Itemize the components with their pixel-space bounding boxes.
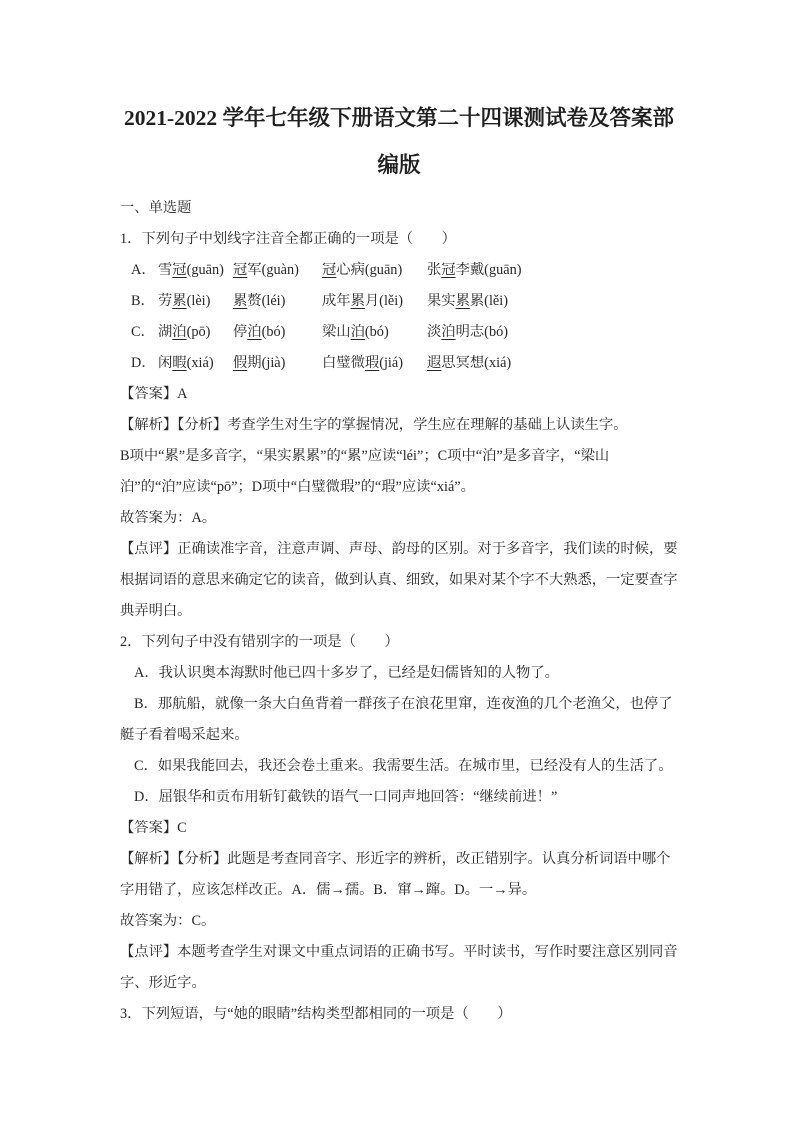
question-2-analysis: 【解析】【分析】此题是考查同音字、形近字的辨析，改正错别字。认真分析词语中哪个字… — [120, 844, 678, 906]
option-item: 假期(jià) — [233, 348, 322, 379]
option-item-text: 果实 — [427, 293, 456, 309]
option-item: 梁山泊(bó) — [322, 317, 427, 348]
title-line-2: 编版 — [120, 142, 678, 189]
question-2-stem: 2．下列句子中没有错别字的一项是（ ） — [120, 627, 678, 658]
option-item-text: 闲 — [158, 355, 172, 371]
option-item-text: 成年 — [322, 293, 351, 309]
option-item: 张冠李戴(guān) — [427, 255, 678, 286]
underlined-char: 冠 — [233, 262, 247, 278]
question-1-option-row-b: B． 劳累(lèi) 累赘(léi) 成年累月(lěi) 果实累累(lěi) — [131, 286, 678, 317]
section-heading: 一、单选题 — [120, 193, 678, 224]
underlined-char: 累 — [233, 293, 247, 309]
question-2-option-b: B．那航船，就像一条大白鱼背着一群孩子在浪花里窜，连夜渔的几个老渔父，也停了艇子… — [120, 689, 678, 751]
question-1-analysis-conclusion: 故答案为：A。 — [120, 503, 678, 534]
title-line-1: 2021-2022 学年七年级下册语文第二十四课测试卷及答案部 — [120, 95, 678, 142]
question-1-analysis: B项中“累”是多音字，“果实累累”的“累”应读“léi”；C项中“泊”是多音字，… — [120, 441, 678, 503]
option-item-text: (bó) — [365, 324, 389, 340]
option-label-a: A． — [131, 255, 158, 286]
option-label-d: D． — [131, 348, 158, 379]
option-item-text: 湖 — [158, 324, 172, 340]
question-2-option-c: C．如果我能回去，我还会卷土重来。我需要生活。在城市里，已经没有人的生活了。 — [120, 751, 678, 782]
option-item-text: (bó) — [262, 324, 286, 340]
option-item: 冠军(guàn) — [233, 255, 322, 286]
question-1-option-row-a: A． 雪冠(guān) 冠军(guàn) 冠心病(guān) 张冠李戴(guān… — [131, 255, 678, 286]
option-item-text: 劳 — [158, 293, 172, 309]
option-item: 雪冠(guān) — [158, 255, 233, 286]
underlined-char: 冠 — [441, 262, 455, 278]
option-item-text: (jiá) — [379, 355, 403, 371]
question-2-option-d: D．屈银华和贡布用斩钉截铁的语气一口同声地回答：“继续前进！” — [120, 782, 678, 813]
underlined-char: 泊 — [441, 324, 455, 340]
option-item-text: 白璧微 — [322, 355, 365, 371]
question-1-comment: 【点评】正确读准字音，注意声调、声母、韵母的区别。对于多音字，我们读的时候，要根… — [120, 534, 678, 627]
option-item-text: 期(jià) — [247, 355, 285, 371]
document-page: 2021-2022 学年七年级下册语文第二十四课测试卷及答案部 编版 一、单选题… — [0, 0, 793, 1122]
option-item-text: 李戴(guān) — [456, 262, 522, 278]
option-item-text: 雪 — [158, 262, 172, 278]
question-1-option-row-d: D． 闲暇(xiá) 假期(jià) 白璧微瑕(jiá) 遐思冥想(xiá) — [131, 348, 678, 379]
option-item: 闲暇(xiá) — [158, 348, 233, 379]
option-item-text: 淡 — [427, 324, 441, 340]
option-item-text: 梁山 — [322, 324, 351, 340]
option-item-text: 累(lěi) — [470, 293, 508, 309]
option-item: 停泊(bó) — [233, 317, 322, 348]
underlined-char: 瑕 — [365, 355, 379, 371]
option-label-c: C． — [131, 317, 158, 348]
question-2-analysis-conclusion: 故答案为：C。 — [120, 906, 678, 937]
underlined-char: 泊 — [172, 324, 186, 340]
option-item: 湖泊(pō) — [158, 317, 233, 348]
question-1-stem: 1．下列句子中划线字注音全都正确的一项是（ ） — [120, 224, 678, 255]
option-item-text: 军(guàn) — [247, 262, 299, 278]
question-1-answer: 【答案】A — [120, 379, 678, 410]
underlined-char: 冠 — [322, 262, 336, 278]
option-item-text: 赘(léi) — [247, 293, 285, 309]
question-2-option-a: A．我认识奥本海默时他已四十多岁了，已经是妇儒皆知的人物了。 — [120, 658, 678, 689]
document-title: 2021-2022 学年七年级下册语文第二十四课测试卷及答案部 编版 — [120, 95, 678, 189]
question-2-answer: 【答案】C — [120, 813, 678, 844]
option-item: 冠心病(guān) — [322, 255, 427, 286]
question-1-analysis: 【解析】【分析】考查学生对生字的掌握情况，学生应在理解的基础上认读生字。 — [120, 410, 678, 441]
option-item-text: 张 — [427, 262, 441, 278]
underlined-char: 暇 — [172, 355, 186, 371]
option-item-text: 月(lěi) — [365, 293, 403, 309]
option-item: 白璧微瑕(jiá) — [322, 348, 427, 379]
option-item: 劳累(lèi) — [158, 286, 233, 317]
underlined-char: 累 — [172, 293, 186, 309]
underlined-char: 遐 — [427, 355, 441, 371]
option-label-b: B． — [131, 286, 158, 317]
option-item-text: (pō) — [187, 324, 211, 340]
option-item-text: (guān) — [187, 262, 224, 278]
option-item: 果实累累(lěi) — [427, 286, 678, 317]
option-item: 累赘(léi) — [233, 286, 322, 317]
option-item-text: (xiá) — [187, 355, 214, 371]
underlined-char: 假 — [233, 355, 247, 371]
underlined-char: 累 — [351, 293, 365, 309]
underlined-char: 泊 — [351, 324, 365, 340]
option-item-text: 明志(bó) — [456, 324, 508, 340]
option-item: 成年累月(lěi) — [322, 286, 427, 317]
underlined-char: 冠 — [172, 262, 186, 278]
option-item-text: 停 — [233, 324, 247, 340]
option-item-text: 心病(guān) — [336, 262, 402, 278]
option-item-text: (lèi) — [187, 293, 211, 309]
question-3-stem: 3．下列短语，与“她的眼睛”结构类型都相同的一项是（ ） — [120, 999, 678, 1030]
underlined-char: 累 — [456, 293, 470, 309]
question-1-option-row-c: C． 湖泊(pō) 停泊(bó) 梁山泊(bó) 淡泊明志(bó) — [131, 317, 678, 348]
underlined-char: 泊 — [247, 324, 261, 340]
option-item-text: 思冥想(xiá) — [441, 355, 511, 371]
option-item: 淡泊明志(bó) — [427, 317, 678, 348]
question-2-comment: 【点评】本题考查学生对课文中重点词语的正确书写。平时读书，写作时要注意区别同音字… — [120, 937, 678, 999]
option-item: 遐思冥想(xiá) — [427, 348, 678, 379]
